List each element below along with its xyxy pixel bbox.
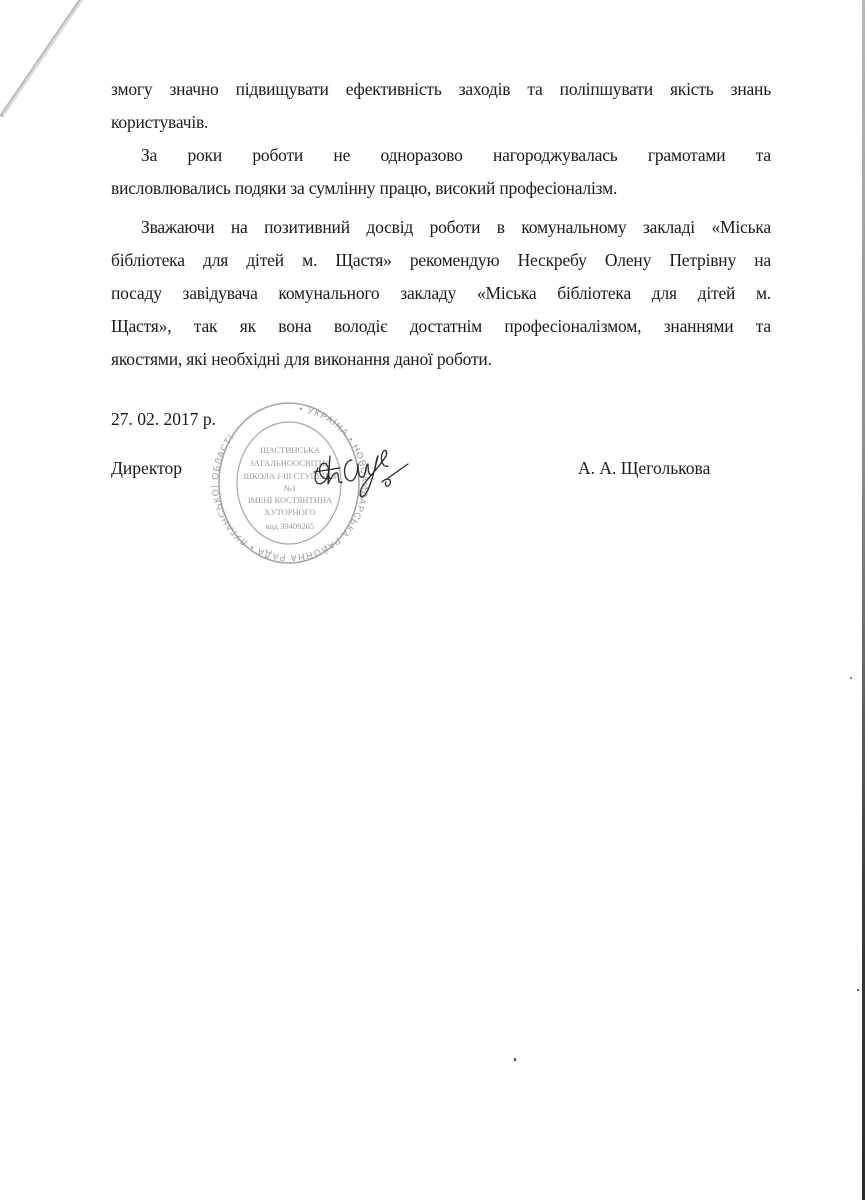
- signatory-title: Директор: [111, 458, 182, 479]
- text-line: За роки роботи не одноразово нагороджува…: [111, 139, 771, 172]
- text-line: посаду завідувача комунального закладу «…: [111, 277, 771, 310]
- signatory-name: А. А. Щеголькова: [578, 458, 710, 479]
- handwritten-signature: [308, 438, 413, 503]
- paragraph-3: Зважаючи на позитивний досвід роботи в к…: [111, 211, 771, 376]
- stamp-line: №1: [284, 483, 296, 493]
- paragraph-2: За роки роботи не одноразово нагороджува…: [111, 139, 771, 205]
- text-line: висловлювались подяки за сумлінну працю,…: [111, 172, 771, 205]
- text-line: Щастя», так як вона володіє достатнім пр…: [111, 310, 771, 343]
- stamp-line: код 39409265: [266, 521, 314, 531]
- text-line: Зважаючи на позитивний досвід роботи в к…: [111, 211, 771, 244]
- text-line: бібліотека для дітей м. Щастя» рекоменду…: [111, 244, 771, 277]
- paragraph-1: змогу значно підвищувати ефективність за…: [111, 73, 771, 139]
- scan-speck: [514, 1058, 516, 1061]
- stamp-line: ХУТОРНОГО: [264, 507, 315, 517]
- document-page: змогу значно підвищувати ефективність за…: [0, 0, 865, 1200]
- document-date: 27. 02. 2017 р.: [111, 409, 216, 430]
- text-line: якостями, які необхідні для виконання да…: [111, 343, 771, 376]
- scan-speck: [857, 989, 859, 991]
- text-line: змогу значно підвищувати ефективність за…: [111, 73, 771, 106]
- scan-speck: [850, 677, 852, 679]
- text-line: користувачів.: [111, 106, 771, 139]
